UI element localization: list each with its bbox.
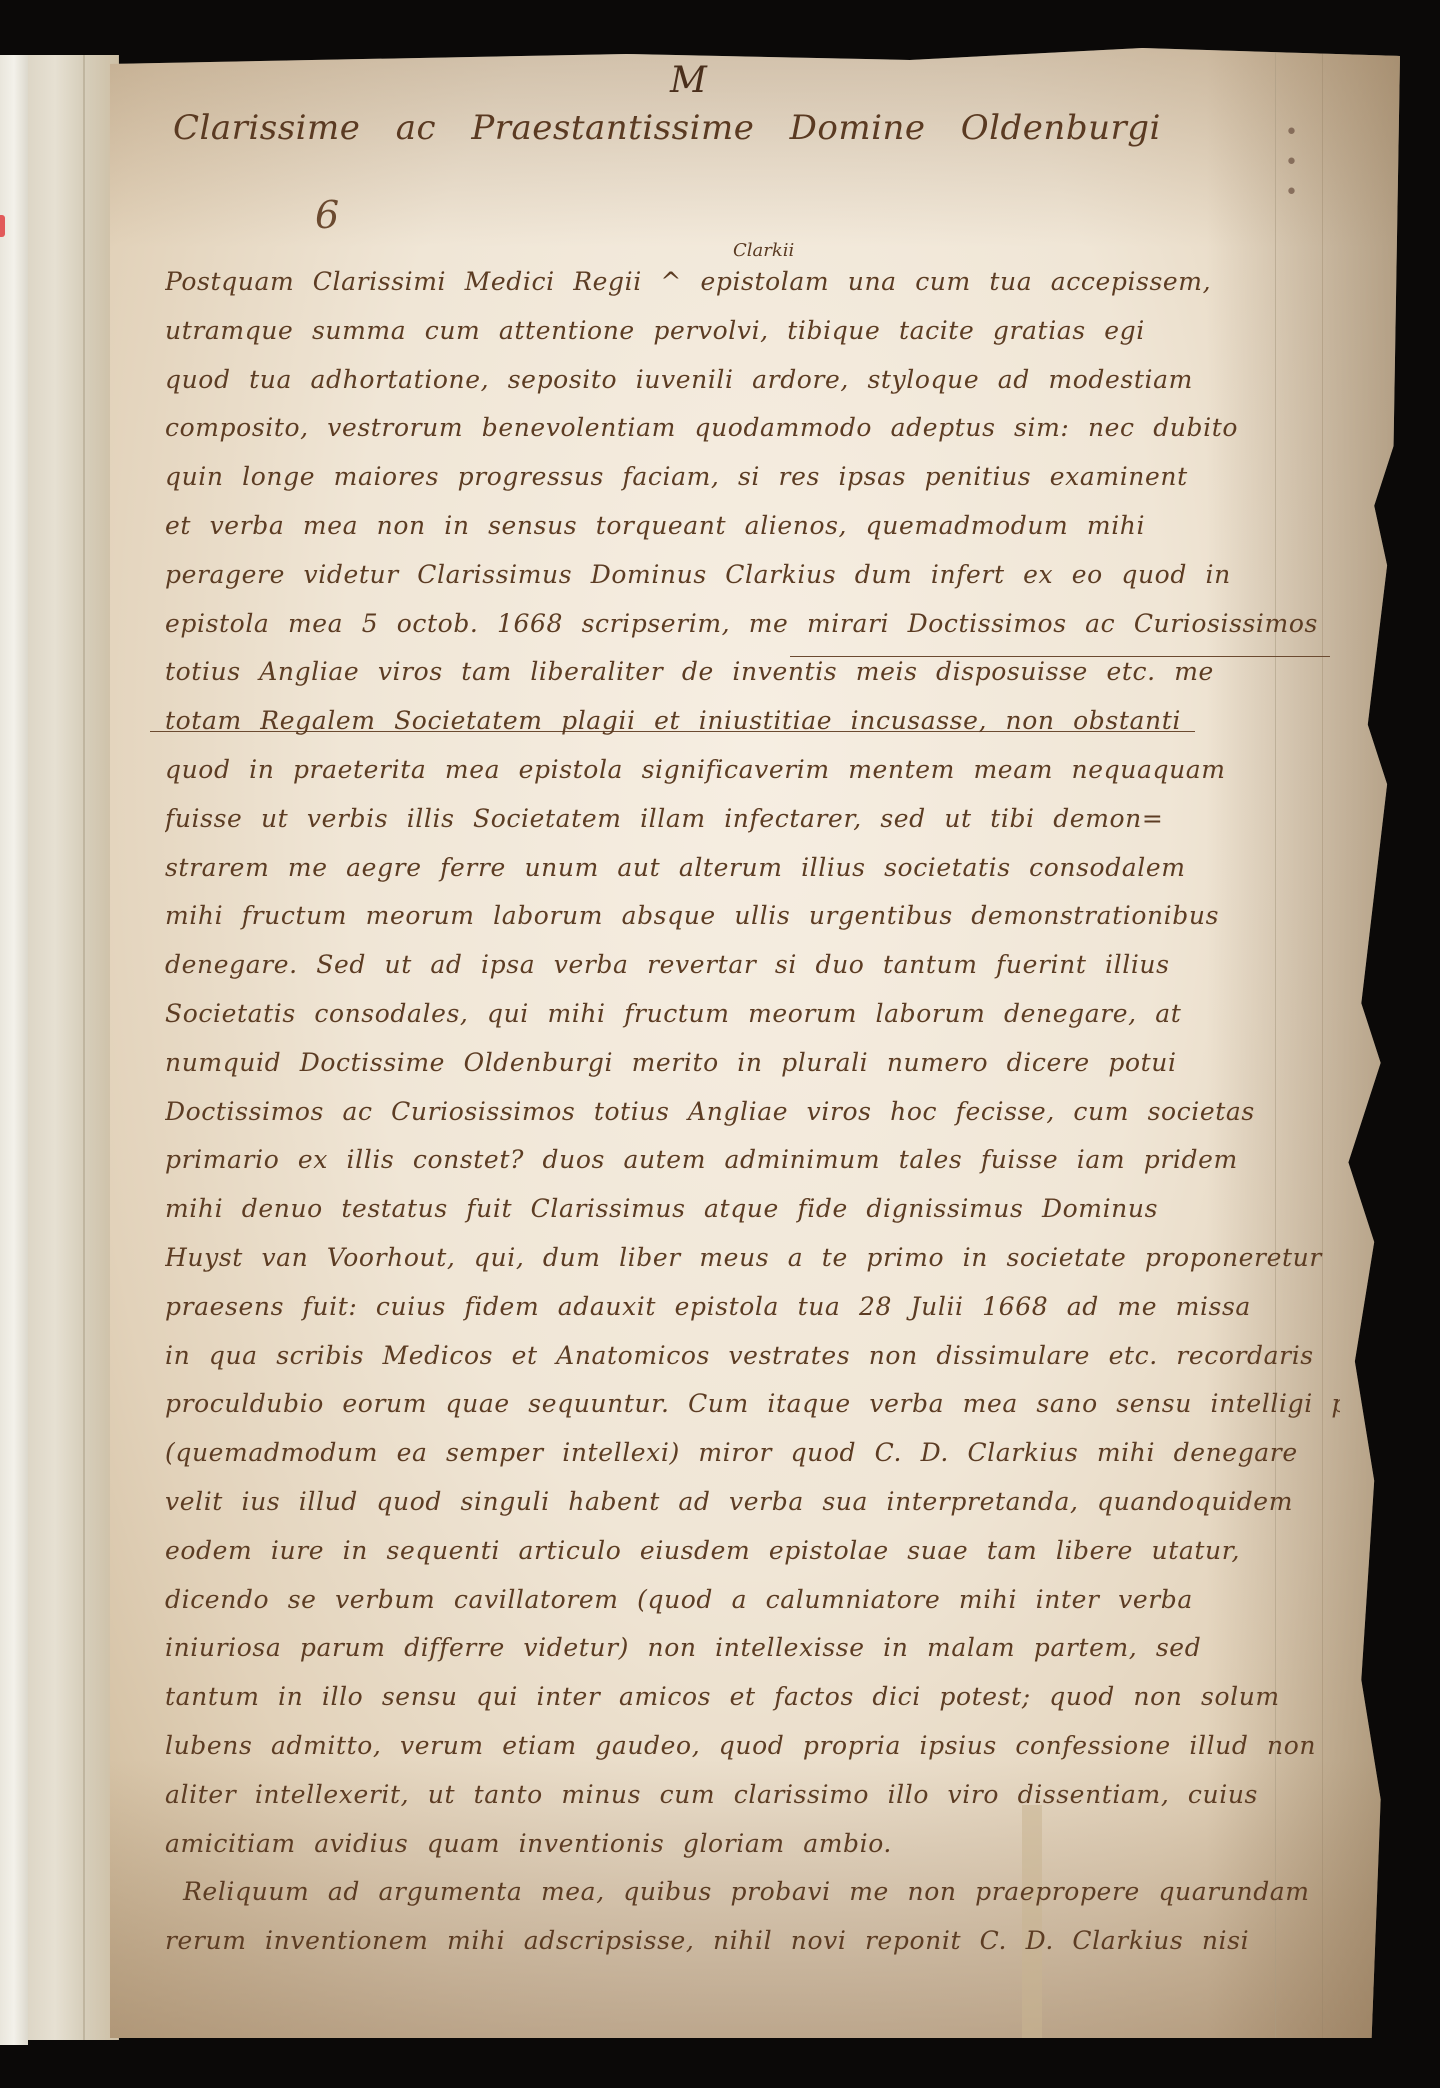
text-line: Societatis consodales, qui mihi fructum … bbox=[165, 990, 1340, 1039]
text-line: amicitiam avidius quam inventionis glori… bbox=[165, 1820, 1340, 1869]
text-line: Doctissimos ac Curiosissimos totius Angl… bbox=[165, 1088, 1340, 1137]
guard-fold-line bbox=[83, 55, 85, 2040]
text-line: iniuriosa parum differre videtur) non in… bbox=[165, 1624, 1340, 1673]
binding-strip bbox=[0, 55, 28, 2045]
salutation: Clarissime ac Praestantissime Domine Old… bbox=[173, 108, 1161, 148]
text-line: in qua scribis Medicos et Anatomicos ves… bbox=[165, 1332, 1340, 1381]
margin-ink-marks: ••• bbox=[1285, 118, 1298, 208]
text-line: composito, vestrorum benevolentiam quoda… bbox=[165, 404, 1340, 453]
text-line: quod tua adhortatione, seposito iuvenili… bbox=[165, 356, 1340, 405]
text-line: aliter intellexerit, ut tanto minus cum … bbox=[165, 1771, 1340, 1820]
binding-tab-marker bbox=[0, 215, 5, 237]
text-line: mihi fructum meorum laborum absque ullis… bbox=[165, 892, 1340, 941]
text-line-paragraph-start: Reliquum ad argumenta mea, quibus probav… bbox=[165, 1868, 1340, 1917]
text-line: utramque summa cum attentione pervolvi, … bbox=[165, 307, 1340, 356]
text-line: totius Angliae viros tam liberaliter de … bbox=[165, 648, 1340, 697]
text-line: denegare. Sed ut ad ipsa verba revertar … bbox=[165, 941, 1340, 990]
text-line: Huyst van Voorhout, qui, dum liber meus … bbox=[165, 1234, 1340, 1283]
text-line: epistola mea 5 octob. 1668 scripserim, m… bbox=[165, 600, 1340, 649]
manuscript-photo: M Clarissime ac Praestantissime Domine O… bbox=[0, 0, 1440, 2088]
text-line: strarem me aegre ferre unum aut alterum … bbox=[165, 844, 1340, 893]
text-line: quin longe maiores progressus faciam, si… bbox=[165, 453, 1340, 502]
text-line: quod in praeterita mea epistola signific… bbox=[165, 746, 1340, 795]
letter-body: Postquam Clarissimi Medici Regii ^ epist… bbox=[165, 258, 1340, 1966]
text-line: fuisse ut verbis illis Societatem illam … bbox=[165, 795, 1340, 844]
text-line: lubens admitto, verum etiam gaudeo, quod… bbox=[165, 1722, 1340, 1771]
text-line: eodem iure in sequenti articulo eiusdem … bbox=[165, 1527, 1340, 1576]
text-line: totam Regalem Societatem plagii et inius… bbox=[165, 697, 1340, 746]
text-line: Postquam Clarissimi Medici Regii ^ epist… bbox=[165, 258, 1340, 307]
text-line: tantum in illo sensu qui inter amicos et… bbox=[165, 1673, 1340, 1722]
text-line: (quemadmodum ea semper intellexi) miror … bbox=[165, 1429, 1340, 1478]
text-line: dicendo se verbum cavillatorem (quod a c… bbox=[165, 1576, 1340, 1625]
text-line: rerum inventionem mihi adscripsisse, nih… bbox=[165, 1917, 1340, 1966]
text-line: et verba mea non in sensus torqueant ali… bbox=[165, 502, 1340, 551]
text-line: velit ius illud quod singuli habent ad v… bbox=[165, 1478, 1340, 1527]
text-line: primario ex illis constet? duos autem ad… bbox=[165, 1136, 1340, 1185]
text-line: proculdubio eorum quae sequuntur. Cum it… bbox=[165, 1380, 1340, 1429]
mounting-guard bbox=[28, 55, 119, 2040]
text-line: praesens fuit: cuius fidem adauxit epist… bbox=[165, 1283, 1340, 1332]
folio-number: 6 bbox=[315, 193, 339, 237]
top-mark: M bbox=[670, 60, 707, 101]
letter-sheet: M Clarissime ac Praestantissime Domine O… bbox=[110, 48, 1400, 2038]
text-line: numquid Doctissime Oldenburgi merito in … bbox=[165, 1039, 1340, 1088]
text-line: mihi denuo testatus fuit Clarissimus atq… bbox=[165, 1185, 1340, 1234]
text-line: peragere videtur Clarissimus Dominus Cla… bbox=[165, 551, 1340, 600]
